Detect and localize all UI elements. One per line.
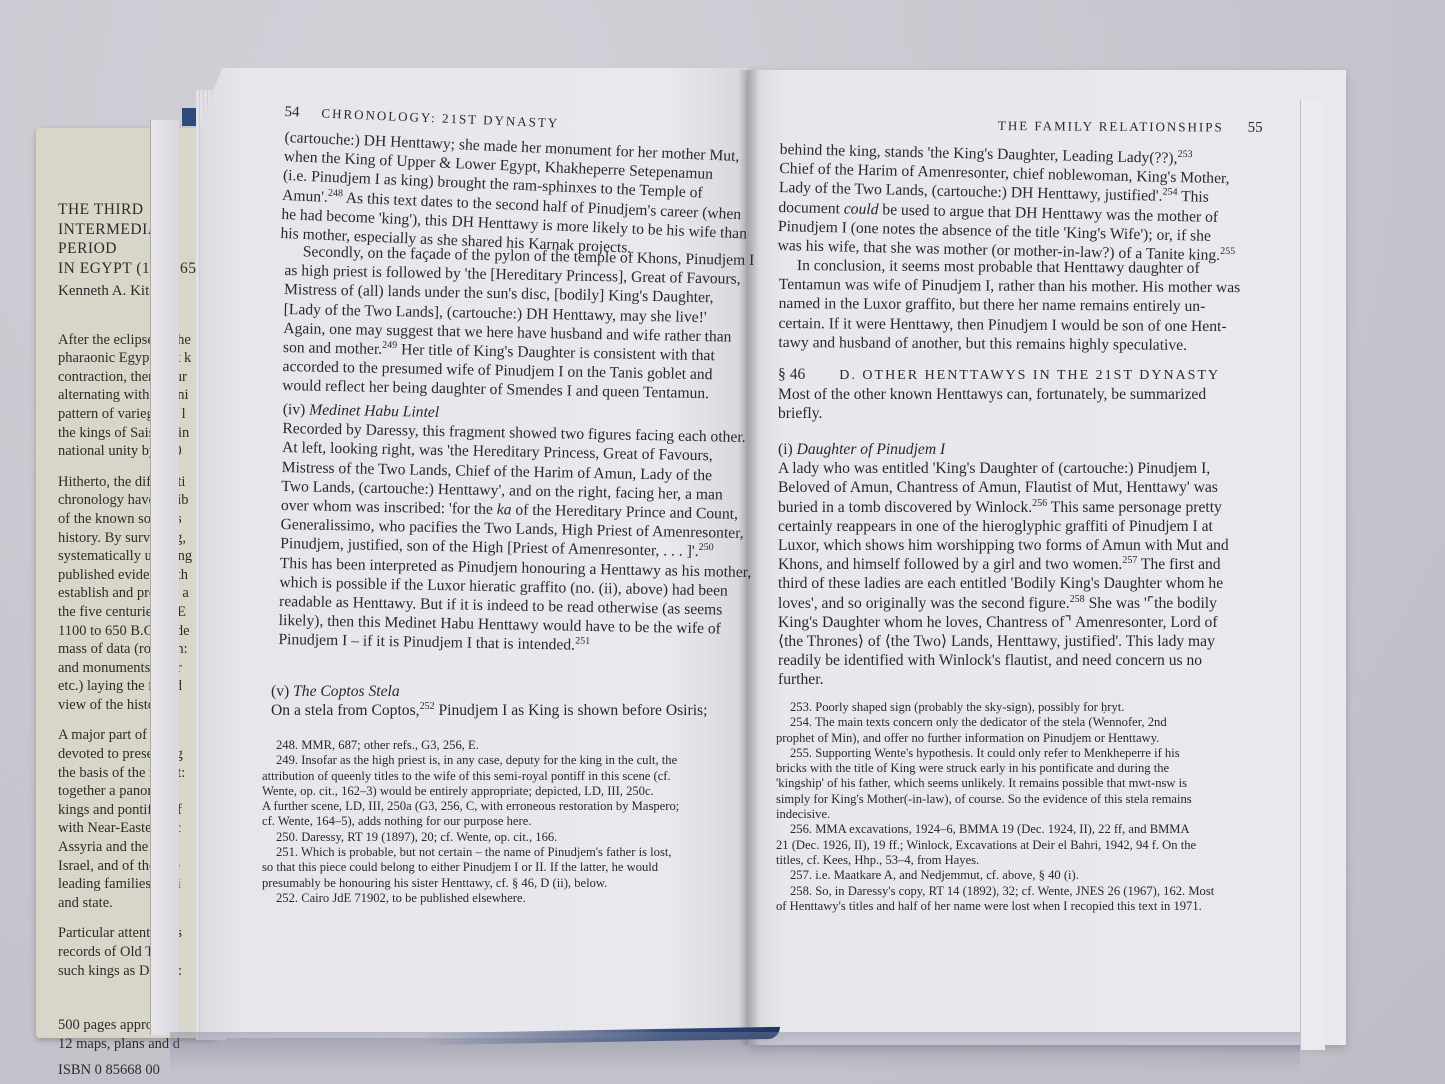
jacket-blurb-3: A major part of this l devoted to presen… [58, 726, 208, 912]
footnote-250: 250. Daressy, RT 19 (1897), 20; cf. Went… [262, 830, 679, 845]
running-head-right: THE FAMILY RELATIONSHIPS [998, 118, 1224, 135]
footnote-ref-257[interactable]: 257 [1122, 555, 1137, 566]
footnote-255: 255. Supporting Wente's hypothesis. It c… [776, 746, 1214, 761]
footnote-ref-252[interactable]: 252 [420, 701, 435, 712]
dust-jacket-flap: THE THIRD INTERMEDIATE PERIOD IN EGYPT (… [36, 128, 216, 1038]
footnote-248: 248. MMR, 687; other refs., G3, 256, E. [262, 738, 679, 753]
footnote-ref-256[interactable]: 256 [1032, 497, 1047, 508]
footnote-252: 252. Cairo JdE 71902, to be published el… [262, 891, 679, 906]
section-i-heading: (i) Daughter of Pinudjem I [778, 440, 1229, 459]
right-page-edge [1300, 100, 1325, 1050]
section-v-heading: (v) The Coptos Stela [271, 682, 707, 701]
footnote-258: 258. So, in Daressy's copy, RT 14 (1892)… [776, 884, 1214, 899]
jacket-fold-edge [150, 120, 179, 1035]
footnote-ref-251[interactable]: 251 [575, 636, 590, 647]
footnote-ref-248[interactable]: 248 [328, 187, 343, 199]
left-section-v: (v) The Coptos Stela On a stela from Cop… [271, 682, 707, 720]
footnote-ref-249[interactable]: 249 [382, 340, 397, 351]
footnote-249: 249. Insofar as the high priest is, in a… [262, 753, 679, 768]
jacket-text: THE THIRD INTERMEDIATE PERIOD IN EGYPT (… [58, 200, 208, 1080]
right-section-46: § 46D. OTHER HENTTAWYS IN THE 21ST DYNAS… [778, 365, 1220, 424]
right-para-2: In conclusion, it seems most probable th… [778, 256, 1240, 355]
jacket-blurb-2: Hitherto, the difficulti chronology have… [58, 473, 208, 715]
footnote-ref-253[interactable]: 253 [1177, 149, 1192, 160]
footnote-ref-255[interactable]: 255 [1220, 246, 1235, 257]
footnote-254: 254. The main texts concern only the ded… [776, 715, 1214, 730]
jacket-blurb-1: After the eclipse of the pharaonic Egypt… [58, 331, 208, 461]
page-number-right: 55 [1248, 120, 1263, 136]
left-section-iv: (iv) Medinet Habu Lintel Recorded by Dar… [278, 400, 754, 659]
right-section-i: (i) Daughter of Pinudjem I A lady who wa… [778, 440, 1229, 690]
jacket-author: Kenneth A. Kitchen [58, 282, 208, 301]
jacket-title: THE THIRD INTERMEDIATE PERIOD IN EGYPT (… [58, 200, 208, 278]
right-page-header: THE FAMILY RELATIONSHIPS 55 [998, 116, 1263, 138]
book-shadow [170, 1032, 1300, 1072]
footnote-ref-254[interactable]: 254 [1162, 187, 1177, 198]
footnote-ref-258[interactable]: 258 [1070, 593, 1085, 604]
footnote-ref-250[interactable]: 250 [699, 542, 714, 553]
right-footnotes: 253. Poorly shaped sign (probably the sk… [776, 700, 1214, 914]
left-footnotes: 248. MMR, 687; other refs., G3, 256, E. … [262, 738, 679, 906]
section-46-heading: § 46D. OTHER HENTTAWYS IN THE 21ST DYNAS… [778, 365, 1220, 385]
right-para-1: behind the king, stands 'the King's Daug… [777, 140, 1237, 266]
jacket-blurb-4: Particular attention is records of Old T… [58, 924, 208, 980]
footnote-257: 257. i.e. Maatkare A, and Nedjemmut, cf.… [776, 868, 1214, 883]
footnote-256: 256. MMA excavations, 1924–6, BMMA 19 (D… [776, 822, 1214, 837]
page-number-left: 54 [284, 104, 300, 121]
left-para-2: Secondly, on the façade of the pylon of … [282, 242, 754, 405]
footnote-253: 253. Poorly shaped sign (probably the sk… [776, 700, 1214, 715]
footnote-251: 251. Which is probable, but not certain … [262, 845, 679, 860]
